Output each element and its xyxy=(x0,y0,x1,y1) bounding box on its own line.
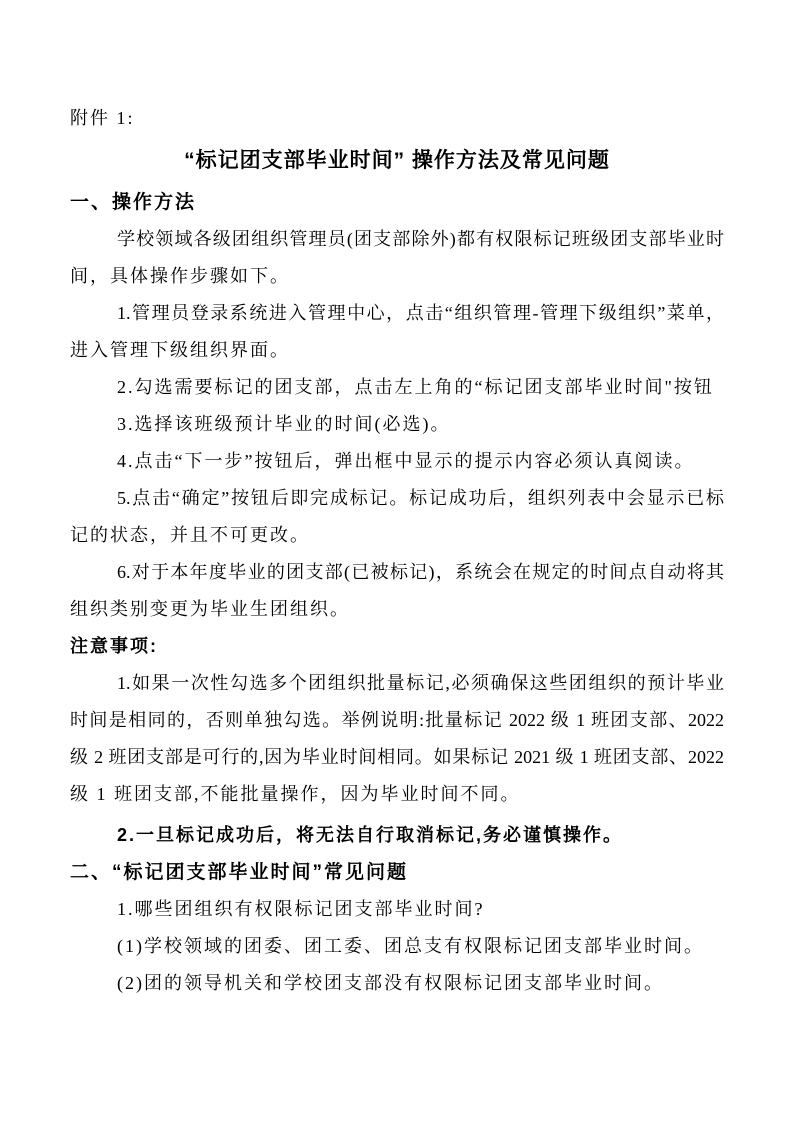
step-5-line-2: 记的状态，并且不可更改。 xyxy=(70,517,724,554)
note-1-line-4: 级 1 班团支部,不能批量操作，因为毕业时间不同。 xyxy=(70,776,724,813)
faq-question-1: 1.哪些团组织有权限标记团支部毕业时间? xyxy=(70,891,724,928)
section-2-heading: 二、“标记团支部毕业时间”常见问题 xyxy=(70,854,724,891)
step-3-line: 3.选择该班级预计毕业的时间(必选)。 xyxy=(70,406,724,443)
step-1-line-2: 进入管理下级组织界面。 xyxy=(70,332,724,369)
attachment-label: 附件 1: xyxy=(70,100,724,136)
step-4-line: 4.点击“下一步”按钮后，弹出框中显示的提示内容必须认真阅读。 xyxy=(70,443,724,480)
section-1-heading: 一、操作方法 xyxy=(70,184,724,221)
faq-answer-2: (2)团的领导机关和学校团支部没有权限标记团支部毕业时间。 xyxy=(70,965,724,1002)
intro-line-1: 学校领域各级团组织管理员(团支部除外)都有权限标记班级团支部毕业时 xyxy=(70,221,724,258)
step-2-line: 2.勾选需要标记的团支部，点击左上角的“标记团支部毕业时间"按钮 xyxy=(70,369,724,406)
intro-line-2: 间，具体操作步骤如下。 xyxy=(70,258,724,295)
notes-heading: 注意事项: xyxy=(70,628,724,665)
note-1-line-1: 1.如果一次性勾选多个团组织批量标记,必须确保这些团组织的预计毕业 xyxy=(70,665,724,702)
document-title: “标记团支部毕业时间” 操作方法及常见问题 xyxy=(70,140,724,182)
step-1-line-1: 1.管理员登录系统进入管理中心，点击“组织管理-管理下级组织”菜单， xyxy=(70,295,724,332)
note-1-line-2: 时间是相同的，否则单独勾选。举例说明:批量标记 2022 级 1 班团支部、20… xyxy=(70,702,724,739)
faq-answer-1: (1)学校领域的团委、团工委、团总支有权限标记团支部毕业时间。 xyxy=(70,928,724,965)
step-6-line-2: 组织类别变更为毕业生团组织。 xyxy=(70,591,724,628)
step-5-line-1: 5.点击“确定”按钮后即完成标记。标记成功后，组织列表中会显示已标 xyxy=(70,480,724,517)
note-2-line: 2.一旦标记成功后，将无法自行取消标记,务必谨慎操作。 xyxy=(70,817,724,854)
step-6-line-1: 6.对于本年度毕业的团支部(已被标记)，系统会在规定的时间点自动将其 xyxy=(70,554,724,591)
note-1-line-3: 级 2 班团支部是可行的,因为毕业时间相同。如果标记 2021 级 1 班团支部… xyxy=(70,739,724,776)
document-page: 附件 1: “标记团支部毕业时间” 操作方法及常见问题 一、操作方法 学校领域各… xyxy=(0,0,794,1123)
